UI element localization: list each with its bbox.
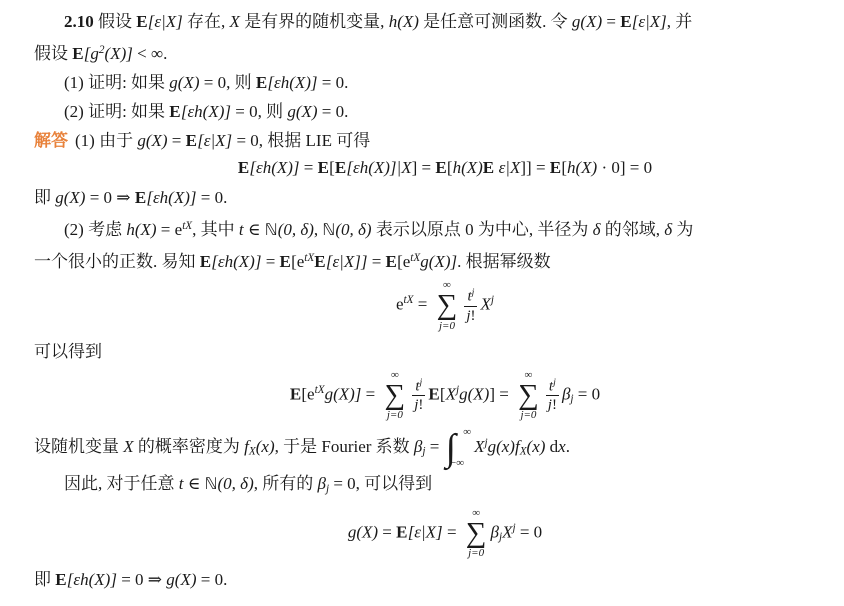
math-token: . 根据幂级数 <box>457 252 551 271</box>
math-token: E <box>169 102 181 121</box>
sum-lower-limit: j=0 <box>520 409 536 422</box>
math-token: . <box>566 437 570 456</box>
math-token: E <box>280 252 292 271</box>
math-token: E <box>72 44 84 63</box>
math-token: E <box>135 188 147 207</box>
fraction-denominator: j! <box>464 306 477 325</box>
sigma-icon: ∑ <box>437 292 458 320</box>
math-token: E <box>386 252 398 271</box>
math-token: E <box>550 158 562 177</box>
math-token: ℕ <box>265 220 278 239</box>
math-token: , 其中 <box>192 220 239 239</box>
math-token: = 0 <box>574 385 601 404</box>
math-token: = <box>261 252 279 271</box>
math-token: g(X) <box>572 12 602 31</box>
equation-g-series: g(X) = E[ε|X] = ∞∑j=0βjXj = 0 <box>34 507 826 560</box>
fourier-coefficient-line: 设随机变量 X 的概率密度为 fX(x), 于是 Fourier 系数 βj =… <box>34 427 826 469</box>
math-token: 为 <box>672 220 693 239</box>
math-token: g(X) <box>166 570 196 589</box>
math-token: ! <box>418 397 423 413</box>
math-token: ∈ <box>244 220 265 239</box>
math-token: [ε|X] <box>632 12 667 31</box>
math-token: X <box>480 295 490 314</box>
math-token: h(X) <box>126 220 156 239</box>
math-token: = <box>367 252 385 271</box>
math-token: ∈ <box>183 474 204 493</box>
part-2-setup-line-1: (2) 考虑 h(X) = etX, 其中 t ∈ ℕ(0, δ), ℕ(0, … <box>34 212 826 244</box>
problem-statement-line-2: 假设 E[g2(X)] < ∞. <box>34 36 826 68</box>
math-token: 是有界的随机变量, <box>240 12 389 31</box>
math-token: h(X) <box>453 158 483 177</box>
integral-limits: ∞−∞ <box>457 427 471 469</box>
math-token: g(X)] <box>420 252 457 271</box>
transition-line: 可以得到 <box>34 337 826 366</box>
math-token: E <box>290 385 302 404</box>
math-token: j <box>472 287 475 298</box>
math-token: 解答 <box>34 131 68 150</box>
math-token: [g <box>84 44 99 63</box>
math-token: 即 <box>34 188 55 207</box>
math-token: X <box>446 385 456 404</box>
math-token: E <box>55 570 67 589</box>
math-token: 是任意可测函数. 令 <box>419 12 572 31</box>
math-token: g(x) <box>488 437 515 456</box>
math-token: tX <box>410 252 420 264</box>
sigma-icon: ∑ <box>385 382 406 410</box>
fraction: tjj! <box>464 287 477 325</box>
math-token: = <box>414 295 432 314</box>
math-token: X <box>520 446 527 458</box>
math-token: , 并 <box>667 12 693 31</box>
math-token: (0, δ) <box>335 220 371 239</box>
math-token: E <box>200 252 212 271</box>
math-token: E <box>335 158 347 177</box>
math-token: ]] <box>520 158 531 177</box>
math-token: ℕ <box>205 474 218 493</box>
math-token: E <box>256 73 268 92</box>
math-token: X <box>502 522 512 541</box>
math-token: [ε|X] <box>148 12 183 31</box>
part-1-conclusion: 即 g(X) = 0 ⇒ E[εh(X)] = 0. <box>34 183 826 212</box>
fraction-numerator: tj <box>465 287 476 306</box>
math-token: X <box>230 12 240 31</box>
math-token: β <box>318 474 326 493</box>
summation-symbol: ∞∑j=0 <box>437 279 458 332</box>
math-token: X <box>249 446 256 458</box>
math-token: = 0 <box>516 522 543 541</box>
math-token: = 0, 根据 LIE 可得 <box>232 131 370 150</box>
math-token: E <box>620 12 632 31</box>
math-token: (2) 证明: 如果 <box>64 102 169 121</box>
math-token: g(X) <box>459 385 489 404</box>
math-token: 因此, 对于任意 <box>64 474 179 493</box>
math-token: E <box>318 158 330 177</box>
part-2-statement: (2) 证明: 如果 E[εh(X)] = 0, 则 g(X) = 0. <box>34 97 826 126</box>
problem-statement-line-1: 2.10 假设 E[ε|X] 存在, X 是有界的随机变量, h(X) 是任意可… <box>34 7 826 36</box>
math-token: ! <box>552 397 557 413</box>
math-token: = <box>417 158 435 177</box>
math-token: 可以得到 <box>34 342 102 361</box>
part-2-setup-line-2: 一个很小的正数. 易知 E[εh(X)] = E[etXE[ε|X]] = E[… <box>34 244 826 276</box>
math-token: [εh(X)] <box>267 73 317 92</box>
math-token: E <box>238 158 250 177</box>
math-token: [ε|X]] <box>326 252 368 271</box>
math-token: 假设 <box>34 44 72 63</box>
sigma-icon: ∑ <box>518 382 539 410</box>
math-token: [εh(X)]|X <box>346 158 411 177</box>
math-token: = <box>426 437 444 456</box>
math-token: = e <box>157 220 183 239</box>
math-token: E <box>428 385 440 404</box>
math-token: (x) <box>527 437 546 456</box>
math-token: (1) 由于 <box>75 131 137 150</box>
integral-symbol: ∫∞−∞ <box>446 427 471 469</box>
sigma-icon: ∑ <box>466 520 487 548</box>
math-token: , 于是 Fourier 系数 <box>275 437 414 456</box>
math-token: = <box>378 522 396 541</box>
math-token: ! <box>470 308 475 324</box>
math-token: tX <box>182 220 192 232</box>
math-token: = 0, 则 <box>231 102 287 121</box>
math-token: g(X) <box>348 522 378 541</box>
math-token: ℕ <box>322 220 335 239</box>
math-token: [ε|X] <box>408 522 443 541</box>
math-token: δ <box>593 220 601 239</box>
math-token: tX <box>304 252 314 264</box>
math-token: 2.10 <box>64 12 98 31</box>
integral-lower-limit: −∞ <box>450 458 464 469</box>
math-token: E <box>483 158 495 177</box>
math-token: E <box>435 158 447 177</box>
math-token: h(X) <box>567 158 597 177</box>
math-token: [εh(X)] <box>211 252 261 271</box>
math-token: = 0. <box>318 102 349 121</box>
math-token: 表示以原点 0 为中心, 半径为 <box>372 220 593 239</box>
math-token: g(X) <box>169 73 199 92</box>
summation-symbol: ∞∑j=0 <box>518 369 539 422</box>
math-token: [εh(X)] <box>67 570 117 589</box>
textbook-solution-page: 2.10 假设 E[ε|X] 存在, X 是有界的随机变量, h(X) 是任意可… <box>0 0 844 594</box>
math-token: [e <box>397 252 410 271</box>
math-token: 的概率密度为 <box>134 437 245 456</box>
math-token: = <box>361 385 379 404</box>
math-token: = 0. <box>197 188 228 207</box>
math-token: j <box>491 295 494 307</box>
math-token: [εh(X)] <box>249 158 299 177</box>
equation-power-series: etX = ∞∑j=0tjj!Xj <box>34 279 826 332</box>
math-token: X <box>123 437 133 456</box>
summation-symbol: ∞∑j=0 <box>385 369 406 422</box>
math-token: = <box>602 12 620 31</box>
math-token: 假设 <box>98 12 136 31</box>
sum-lower-limit: j=0 <box>468 547 484 560</box>
math-token: g(X) <box>137 131 167 150</box>
math-token: (X)] <box>105 44 133 63</box>
math-token: E <box>186 131 198 150</box>
part-2-conclusion-intro: 因此, 对于任意 t ∈ ℕ(0, δ), 所有的 βj = 0, 可以得到 <box>34 469 826 504</box>
equation-lie-expansion: E[εh(X)] = E[E[εh(X)]|X] = E[h(X)E ε|X]]… <box>34 158 826 178</box>
math-token: x <box>558 437 566 456</box>
fraction-numerator: tj <box>547 377 558 396</box>
document-body: 2.10 假设 E[ε|X] 存在, X 是有界的随机变量, h(X) 是任意可… <box>34 7 826 594</box>
math-token: E <box>136 12 148 31</box>
math-token: E <box>314 252 326 271</box>
math-token: = <box>300 158 318 177</box>
summation-symbol: ∞∑j=0 <box>466 507 487 560</box>
math-token: tX <box>315 384 325 396</box>
math-token: 即 <box>34 570 55 589</box>
math-token: = <box>168 131 186 150</box>
math-token: 一个很小的正数. 易知 <box>34 252 200 271</box>
math-token: , 所有的 <box>254 474 318 493</box>
math-token: X <box>474 437 484 456</box>
math-token: · 0] = 0 <box>597 158 652 177</box>
math-token: ε|X <box>494 158 520 177</box>
math-token: (2) 考虑 <box>64 220 126 239</box>
sum-lower-limit: j=0 <box>387 409 403 422</box>
fraction: tjj! <box>412 377 425 415</box>
math-token: β <box>490 522 498 541</box>
math-token: = 0, 可以得到 <box>329 474 432 493</box>
math-token: 设随机变量 <box>34 437 123 456</box>
math-token: [εh(X)] <box>146 188 196 207</box>
math-token: [ε|X] <box>197 131 232 150</box>
math-token: (1) 证明: 如果 <box>64 73 169 92</box>
integral-upper-limit: ∞ <box>463 427 471 438</box>
math-token: h(X) <box>389 12 419 31</box>
math-token: g(X) <box>287 102 317 121</box>
math-token: j <box>420 377 423 388</box>
part-1-statement: (1) 证明: 如果 g(X) = 0, 则 E[εh(X)] = 0. <box>34 68 826 97</box>
math-token: 存在, <box>183 12 230 31</box>
math-token: g(X)] <box>325 385 362 404</box>
math-token: (0, δ) <box>278 220 314 239</box>
math-token: < ∞. <box>133 44 167 63</box>
math-token: 的邻域, <box>601 220 665 239</box>
math-token: (x) <box>256 437 275 456</box>
math-token: = 0. <box>197 570 228 589</box>
math-token: = 0 ⇒ <box>117 570 166 589</box>
math-token: tX <box>404 295 414 307</box>
math-token: = <box>443 522 461 541</box>
fraction-denominator: j! <box>546 395 559 414</box>
math-token: e <box>396 295 404 314</box>
equation-expectation-series: E[etXg(X)] = ∞∑j=0tjj!E[Xjg(X)] = ∞∑j=0t… <box>34 369 826 422</box>
math-token: (0, δ) <box>218 474 254 493</box>
math-token: g(X) <box>55 188 85 207</box>
math-token: d <box>545 437 558 456</box>
math-token: = 0. <box>318 73 349 92</box>
math-token: = 0 ⇒ <box>85 188 134 207</box>
math-token: = 0, 则 <box>200 73 256 92</box>
sum-lower-limit: j=0 <box>439 320 455 333</box>
solution-part-1-intro: 解答(1) 由于 g(X) = E[ε|X] = 0, 根据 LIE 可得 <box>34 126 826 155</box>
fraction-numerator: tj <box>413 377 424 396</box>
final-conclusion: 即 E[εh(X)] = 0 ⇒ g(X) = 0. <box>34 565 826 594</box>
fraction: tjj! <box>546 377 559 415</box>
fraction-denominator: j! <box>412 395 425 414</box>
math-token: δ <box>664 220 672 239</box>
math-token: = <box>532 158 550 177</box>
math-token: [e <box>301 385 314 404</box>
math-token: j <box>553 377 556 388</box>
math-token: = <box>495 385 513 404</box>
math-token: [εh(X)] <box>181 102 231 121</box>
math-token: E <box>396 522 408 541</box>
math-token: [e <box>291 252 304 271</box>
